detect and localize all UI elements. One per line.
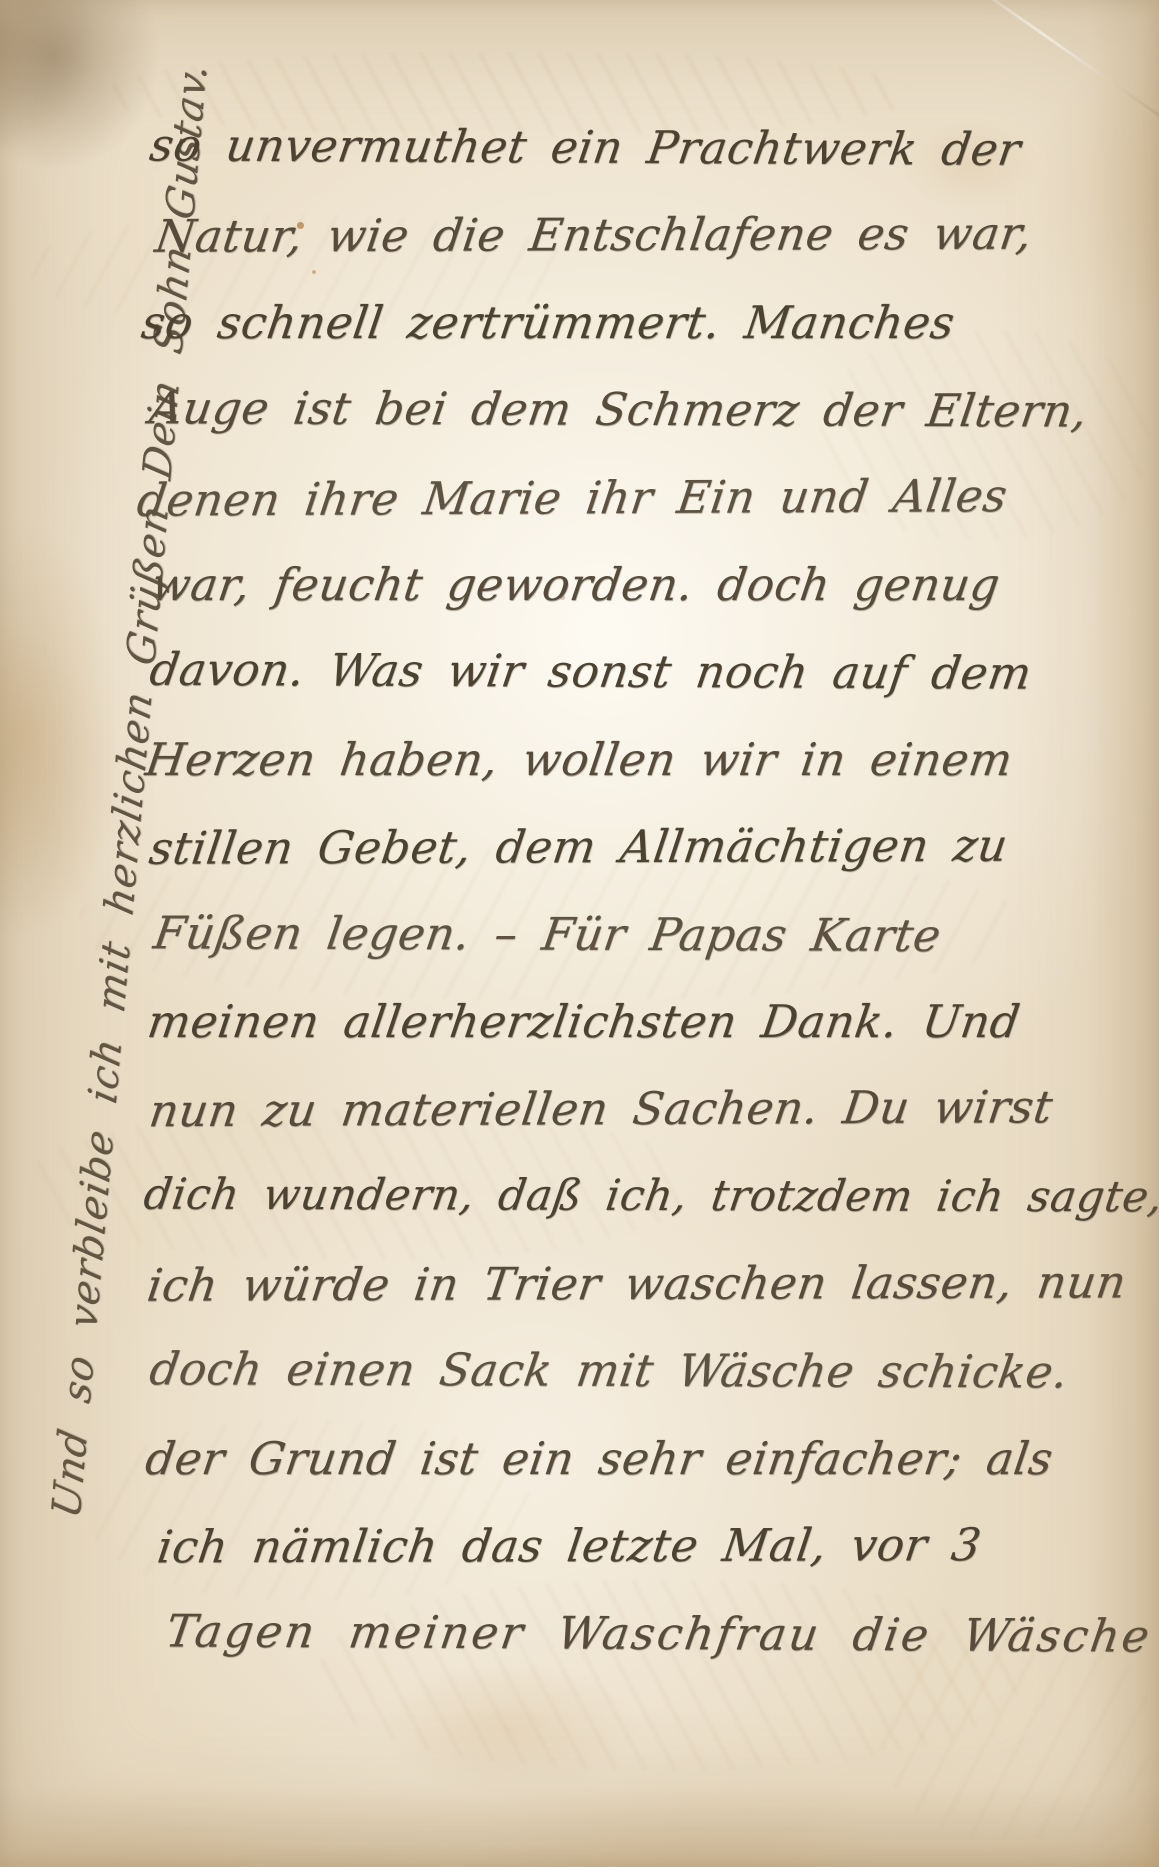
handwritten-line: ich nämlich das letzte Mal, vor 3 xyxy=(152,1501,1159,1591)
handwritten-line: so schnell zertrümmert. Manches xyxy=(136,279,1159,366)
handwritten-line: stillen Gebet, dem Allmächtigen zu xyxy=(144,801,1159,892)
handwritten-line: Auge ist bei dem Schmerz der Eltern, xyxy=(144,364,1159,455)
handwritten-line: Natur, wie die Entschlafene es war, xyxy=(150,190,1159,281)
page-edge-shading xyxy=(0,1787,1159,1867)
handwritten-line: meinen allerherzlichsten Dank. Und xyxy=(142,978,1159,1065)
scanned-letter-page: Und so verbleibe ich mit herzlichen Grüß… xyxy=(0,0,1159,1867)
paper-stain xyxy=(380,1660,640,1800)
handwritten-line: so unvermuthet ein Prachtwerk der xyxy=(144,101,1159,194)
handwritten-line: war, feucht geworden. doch genug xyxy=(146,541,1159,628)
handwritten-line: Tagen meiner Waschfrau die Wäsche xyxy=(160,1587,1159,1680)
handwritten-line: davon. Was wir sonst noch auf dem xyxy=(144,626,1159,718)
handwritten-line: Herzen haben, wollen wir in einem xyxy=(140,716,1159,803)
handwritten-line: nun zu materiellen Sachen. Du wirst xyxy=(144,1063,1159,1155)
handwritten-line: ich würde in Trier waschen lassen, nun xyxy=(142,1238,1159,1329)
paper-stain xyxy=(0,0,160,170)
letter-body: so unvermuthet ein Prachtwerk der Natur,… xyxy=(150,104,1159,1677)
handwritten-line: dich wundern, daß ich, trotzdem ich sagt… xyxy=(138,1151,1159,1241)
handwritten-line: doch einen Sack mit Wäsche schicke. xyxy=(144,1326,1159,1417)
handwritten-line: Füßen legen. – Für Papas Karte xyxy=(148,889,1159,980)
handwritten-line: der Grund ist ein sehr einfacher; als xyxy=(140,1415,1159,1502)
handwritten-line: denen ihre Marie ihr Ein und Alles xyxy=(132,451,1159,544)
